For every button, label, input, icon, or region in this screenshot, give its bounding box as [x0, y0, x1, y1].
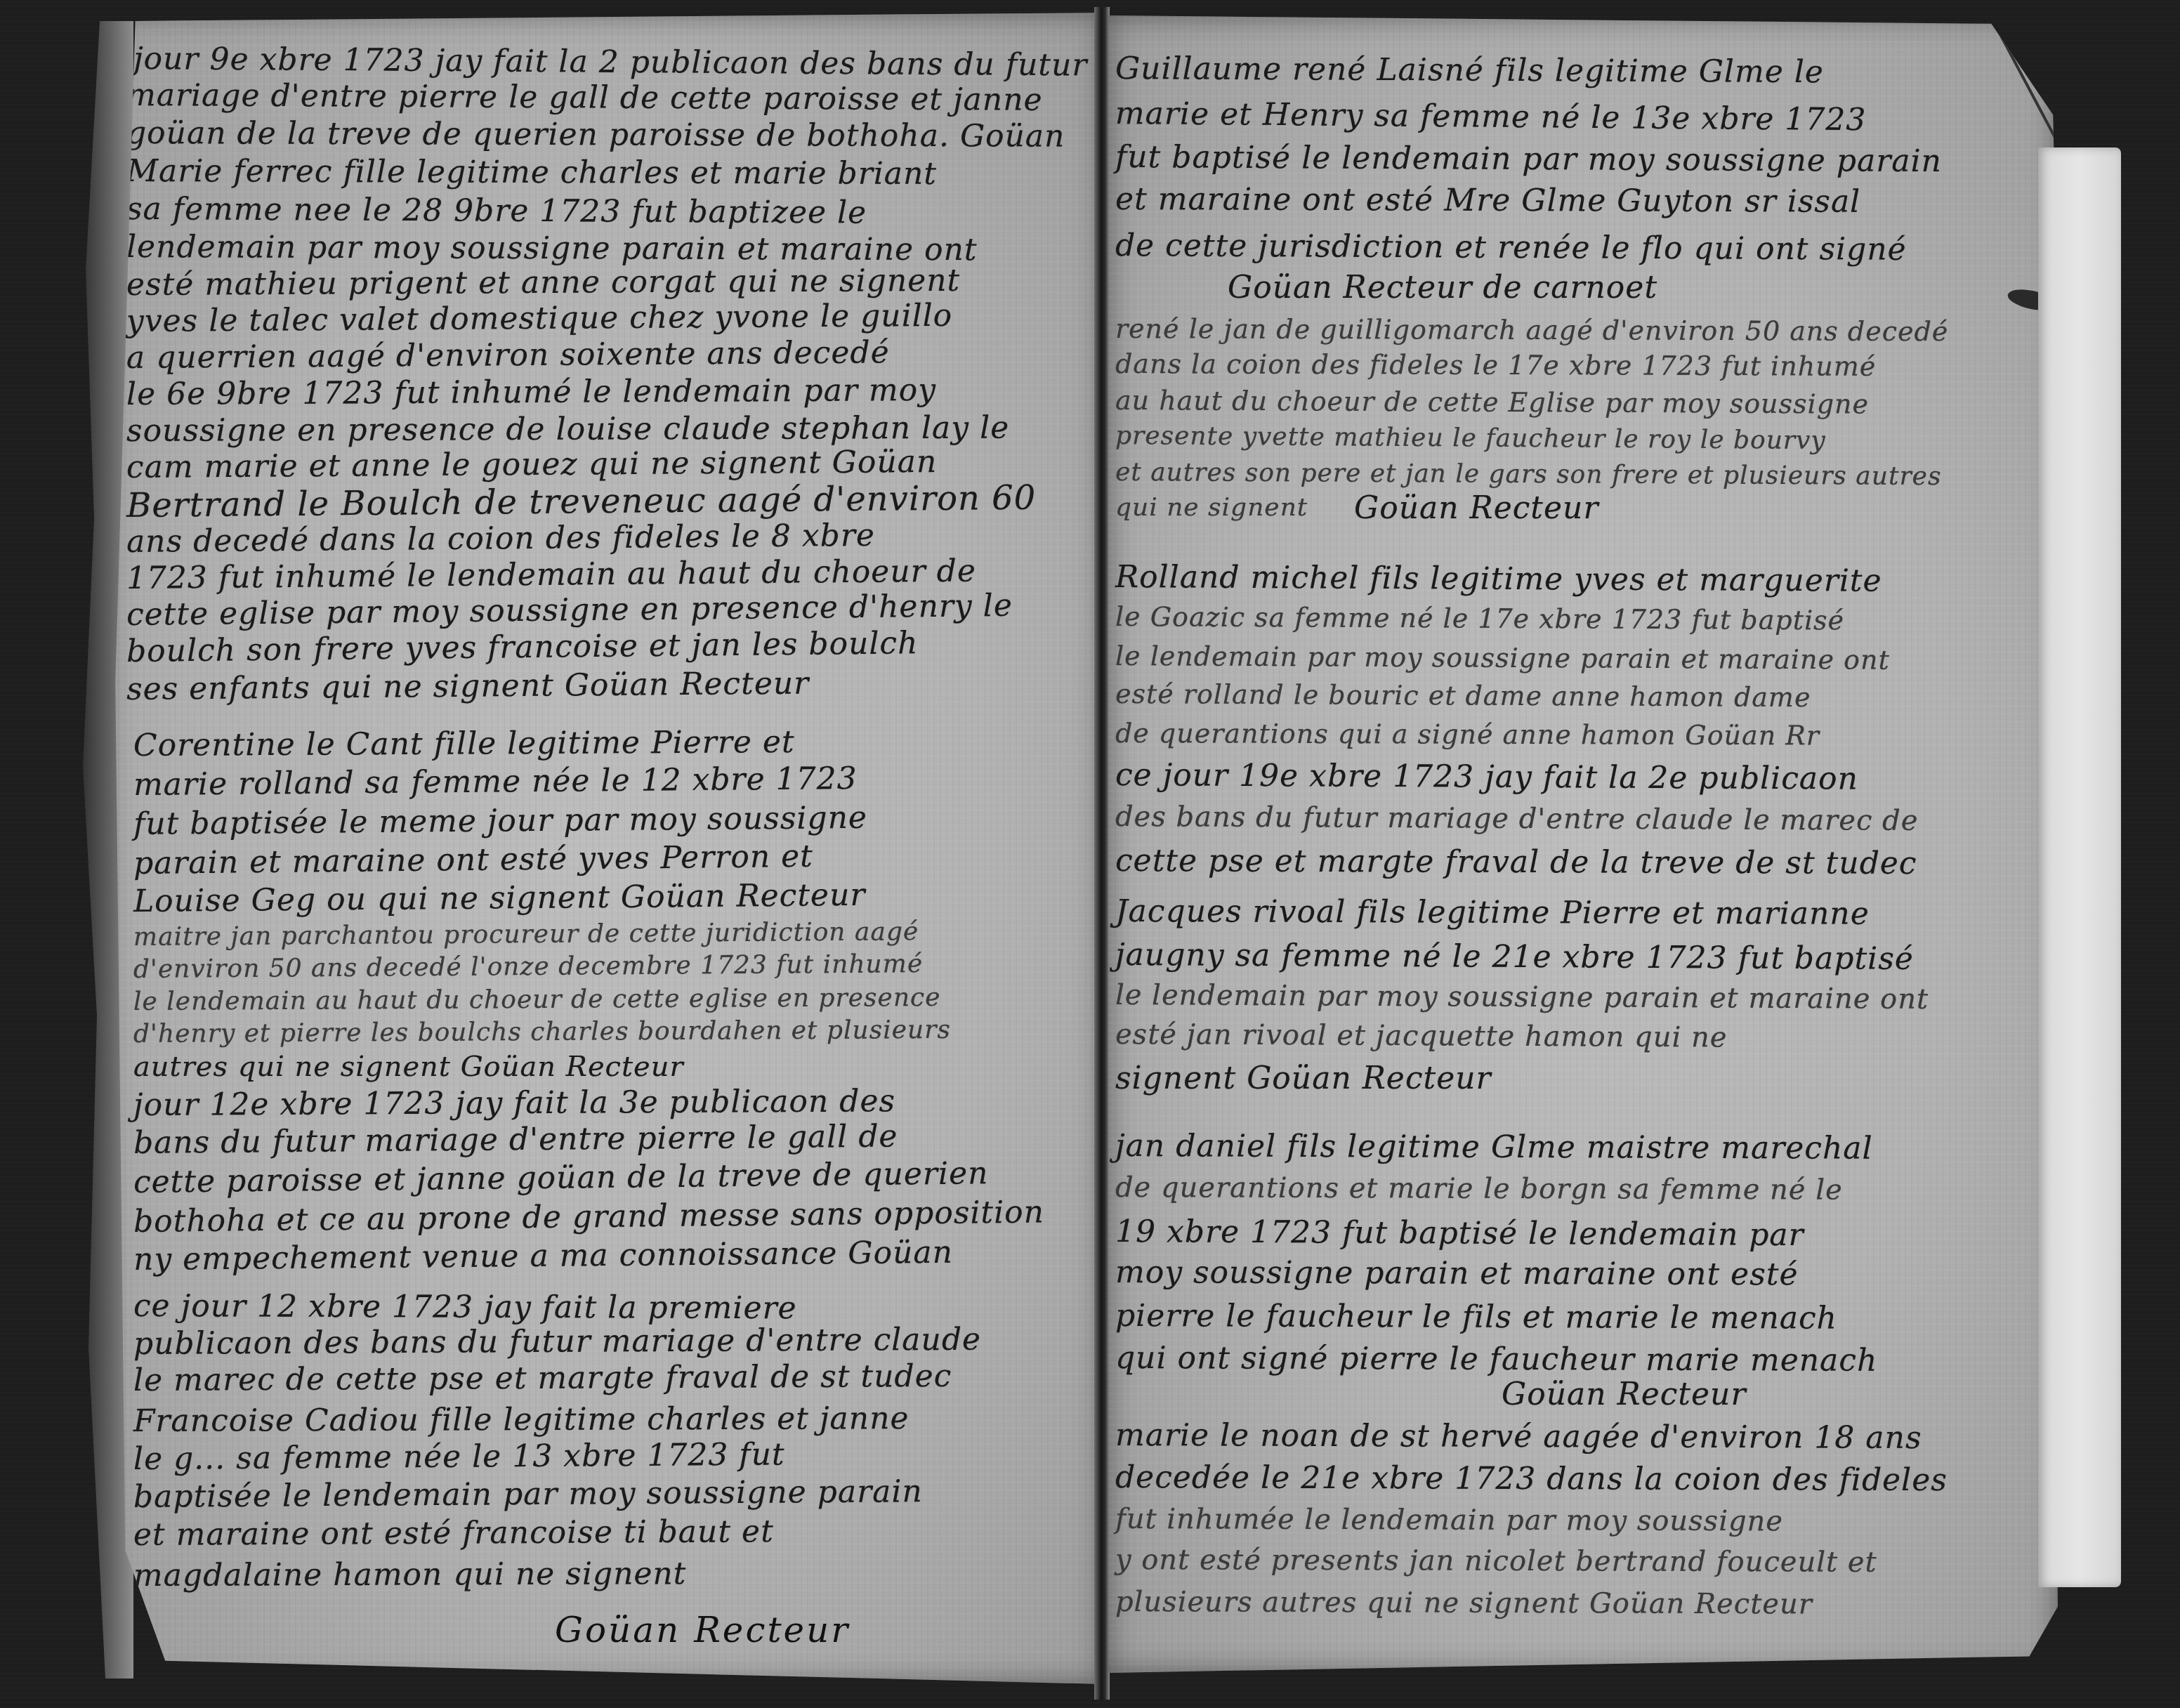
manuscript-line: ce jour 12 xbre 1723 jay fait la premier…: [133, 1288, 797, 1326]
manuscript-line: de cette jurisdiction et renée le flo qu…: [1115, 228, 1907, 268]
manuscript-line: magdalaine hamon qui ne signent: [133, 1556, 687, 1594]
manuscript-line: a querrien aagé d'environ soixente ans d…: [126, 334, 890, 376]
manuscript-line: le marec de cette pse et margte fraval d…: [133, 1358, 952, 1398]
manuscript-line: plusieurs autres qui ne signent Goüan Re…: [1115, 1586, 1813, 1620]
manuscript-line: ans decedé dans la coion des fideles le …: [126, 518, 875, 560]
manuscript-line: Guillaume rené Laisné fils legitime Glme…: [1115, 51, 1824, 90]
rector-signature: Goüan Recteur: [555, 1610, 850, 1650]
manuscript-line: et maraine ont esté francoise ti baut et: [133, 1513, 774, 1553]
manuscript-line: marie et Henry sa femme né le 13e xbre 1…: [1115, 96, 1867, 138]
manuscript-line: Francoise Cadiou fille legitime charles …: [133, 1400, 910, 1439]
manuscript-line: Louise Geg ou qui ne signent Goüan Recte…: [133, 877, 866, 919]
manuscript-line: au haut du choeur de cette Eglise par mo…: [1115, 385, 1869, 420]
manuscript-line: y ont esté presents jan nicolet bertrand…: [1115, 1544, 1877, 1579]
left-page: jour 9e xbre 1723 jay fait la 2 publicao…: [105, 13, 1103, 1684]
manuscript-line: et maraine ont esté Mre Glme Guyton sr i…: [1115, 181, 1860, 220]
manuscript-line: ny empechement venue a ma connoissance G…: [133, 1235, 953, 1277]
manuscript-line: de querantions qui a signé anne hamon Go…: [1115, 718, 1820, 751]
manuscript-line: des bans du futur mariage d'entre claude…: [1115, 801, 1919, 837]
book-gutter: [1094, 7, 1110, 1700]
manuscript-line: publicaon des bans du futur mariage d'en…: [133, 1322, 981, 1362]
manuscript-line: jaugny sa femme né le 21e xbre 1723 fut …: [1115, 937, 1914, 977]
manuscript-line: cette pse et margte fraval de la treve d…: [1115, 843, 1917, 881]
manuscript-line: jour 12e xbre 1723 jay fait la 3e public…: [133, 1083, 895, 1123]
manuscript-line: qui ne signent: [1115, 493, 1308, 522]
manuscript-line: dans la coion des fideles le 17e xbre 17…: [1115, 348, 1876, 382]
manuscript-line: mariage d'entre pierre le gall de cette …: [126, 77, 1043, 118]
manuscript-line: Goüan Recteur: [1502, 1377, 1746, 1412]
manuscript-line: boulch son frere yves francoise et jan l…: [126, 625, 919, 669]
manuscript-line: le g... sa femme née le 13 xbre 1723 fut: [133, 1437, 785, 1477]
left-page-text: jour 9e xbre 1723 jay fait la 2 publicao…: [105, 13, 1103, 1684]
manuscript-line: presente yvette mathieu le faucheur le r…: [1115, 421, 1826, 455]
manuscript-line: signent Goüan Recteur: [1115, 1060, 1492, 1096]
manuscript-line: autres qui ne signent Goüan Recteur: [133, 1051, 684, 1083]
manuscript-line: parain et maraine ont esté yves Perron e…: [133, 839, 813, 881]
manuscript-line: jan daniel fils legitime Glme maistre ma…: [1115, 1128, 1873, 1167]
blank-flyleaf: [2038, 147, 2121, 1587]
manuscript-line: de querantions et marie le borgn sa femm…: [1115, 1171, 1843, 1207]
manuscript-line: soussigne en presence de louise claude s…: [126, 410, 1009, 449]
manuscript-line: esté mathieu prigent et anne corgat qui …: [126, 263, 960, 303]
manuscript-line: lendemain par moy soussigne parain et ma…: [126, 229, 978, 268]
manuscript-line: baptisée le lendemain par moy soussigne …: [133, 1473, 923, 1515]
manuscript-line: le 6e 9bre 1723 fut inhumé le lendemain …: [126, 372, 936, 412]
manuscript-line: d'henry et pierre les boulchs charles bo…: [133, 1016, 951, 1049]
manuscript-line: 19 xbre 1723 fut baptisé le lendemain pa…: [1115, 1214, 1804, 1253]
right-page-text: Guillaume rené Laisné fils legitime Glme…: [1108, 15, 2058, 1673]
manuscript-line: le Goazic sa femme né le 17e xbre 1723 f…: [1115, 601, 1844, 636]
manuscript-line: Marie ferrec fille legitime charles et m…: [126, 153, 937, 192]
manuscript-line: ce jour 19e xbre 1723 jay fait la 2e pub…: [1115, 757, 1858, 797]
manuscript-line: fut inhumée le lendemain par moy soussig…: [1115, 1503, 1783, 1537]
right-page: Guillaume rené Laisné fils legitime Glme…: [1108, 15, 2058, 1673]
manuscript-line: Goüan Recteur de carnoet: [1228, 270, 1657, 306]
manuscript-line: fut baptisé le lendemain par moy soussig…: [1115, 139, 1942, 179]
manuscript-line: marie le noan de st hervé aagée d'enviro…: [1115, 1417, 1922, 1456]
manuscript-line: qui ont signé pierre le faucheur marie m…: [1115, 1340, 1878, 1379]
manuscript-line: esté rolland le bouric et dame anne hamo…: [1115, 678, 1811, 713]
manuscript-line: pierre le faucheur le fils et marie le m…: [1115, 1298, 1837, 1336]
manuscript-line: Bertrand le Boulch de treveneuc aagé d'e…: [126, 478, 1037, 525]
manuscript-line: maitre jan parchantou procureur de cette…: [133, 917, 919, 952]
manuscript-line: moy soussigne parain et maraine ont esté: [1115, 1254, 1799, 1292]
manuscript-line: yves le talec valet domestique chez yvon…: [126, 298, 953, 339]
manuscript-line: et autres son pere et jan le gars son fr…: [1115, 458, 1942, 491]
manuscript-line: le lendemain par moy soussigne parain et…: [1115, 979, 1929, 1016]
manuscript-line: le lendemain par moy soussigne parain et…: [1115, 640, 1890, 676]
manuscript-line: goüan de la treve de querien paroisse de…: [126, 115, 1065, 155]
manuscript-line: Rolland michel fils legitime yves et mar…: [1115, 559, 1882, 599]
manuscript-line: Goüan Recteur: [1354, 490, 1598, 526]
manuscript-line: rené le jan de guilligomarch aagé d'envi…: [1115, 313, 1948, 347]
manuscript-line: bothoha et ce au prone de grand messe sa…: [133, 1194, 1044, 1240]
manuscript-line: esté jan rivoal et jacquette hamon qui n…: [1115, 1018, 1728, 1054]
manuscript-line: fut baptisée le meme jour par moy soussi…: [133, 800, 867, 842]
manuscript-line: marie rolland sa femme née le 12 xbre 17…: [133, 761, 858, 803]
manuscript-line: sa femme nee le 28 9bre 1723 fut baptize…: [126, 191, 867, 231]
manuscript-line: Jacques rivoal fils legitime Pierre et m…: [1115, 893, 1870, 932]
manuscript-line: decedée le 21e xbre 1723 dans la coion d…: [1115, 1459, 1948, 1498]
manuscript-line: bans du futur mariage d'entre pierre le …: [133, 1119, 898, 1161]
manuscript-line: Corentine le Cant fille legitime Pierre …: [133, 724, 795, 763]
manuscript-line: d'environ 50 ans decedé l'onze decembre …: [133, 950, 923, 984]
manuscript-line: cam marie et anne le gouez qui ne signen…: [126, 444, 938, 485]
manuscript-line: le lendemain au haut du choeur de cette …: [133, 983, 941, 1016]
manuscript-line: ses enfants qui ne signent Goüan Recteur: [126, 666, 810, 707]
manuscript-line: cette paroisse et janne goüan de la trev…: [133, 1155, 989, 1200]
manuscript-line: jour 9e xbre 1723 jay fait la 2 publicao…: [133, 41, 1088, 83]
